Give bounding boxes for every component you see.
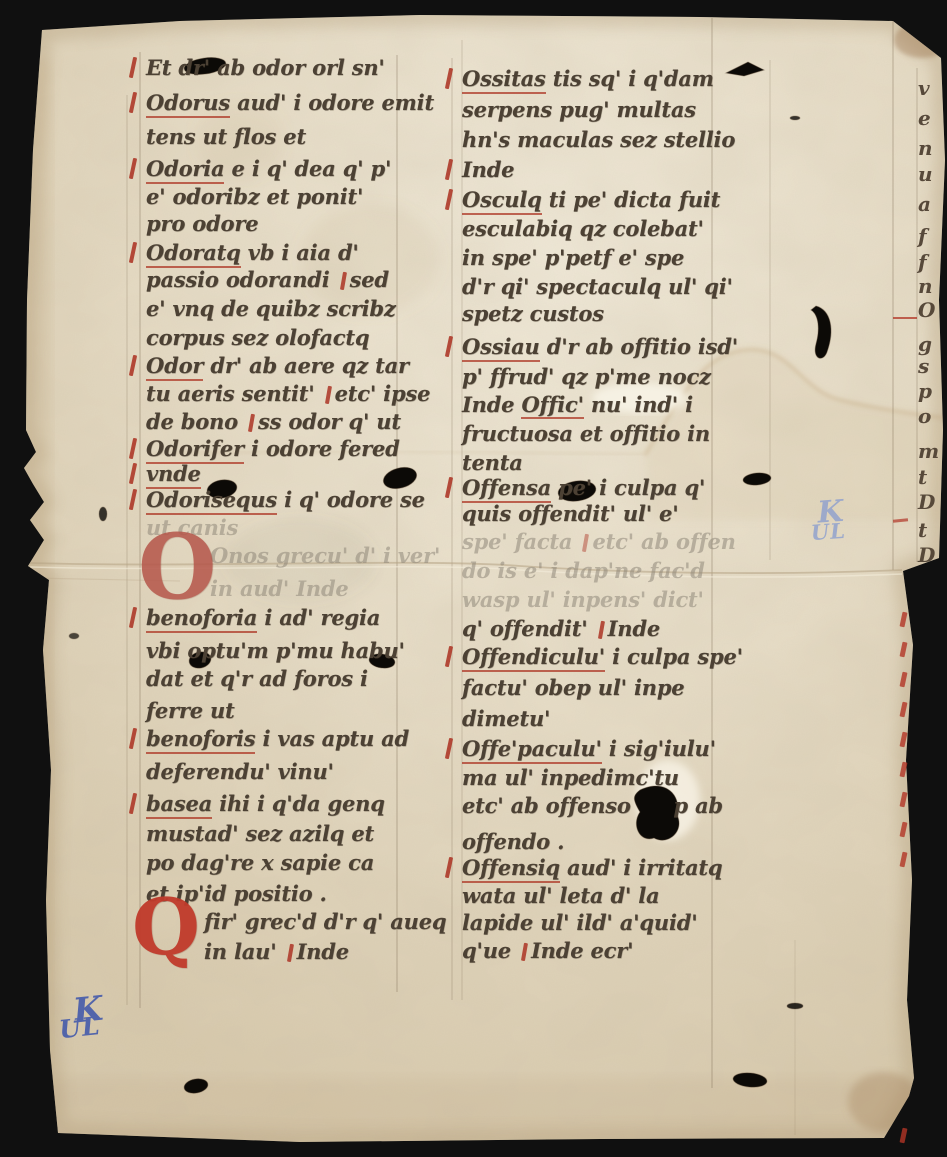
- rubric-paragraph-mark-edge: [899, 792, 907, 808]
- lemma-word: Offendiculu': [462, 644, 605, 672]
- clipped-edge-letter: g: [918, 334, 932, 354]
- manuscript-text-line: lapide ul' ild' a'quid': [462, 912, 697, 934]
- lemma-word: Odor: [146, 353, 203, 381]
- clipped-edge-letter: s: [918, 356, 929, 376]
- clipped-edge-letter: t: [918, 520, 927, 540]
- lemma-word: Odorisequs: [146, 487, 277, 515]
- manuscript-text-line: Inde: [462, 159, 514, 181]
- clipped-edge-letter: o: [918, 406, 931, 426]
- library-stamp-kul-right: K UL: [809, 497, 847, 543]
- rubric-paragraph-mark: [129, 438, 137, 459]
- lemma-word: Odoria: [146, 156, 224, 184]
- manuscript-text-line: Osculq ti pe' dicta fuit: [462, 189, 720, 211]
- rubric-paragraph-mark: [129, 607, 137, 628]
- manuscript-text-line: pro odore: [146, 213, 258, 235]
- manuscript-text-line: Offendiculu' i culpa spe': [462, 646, 743, 668]
- manuscript-text-line: benoforis i vas aptu ad: [146, 728, 409, 750]
- manuscript-text-line: dimetu': [462, 708, 550, 730]
- illuminated-initial-o: O: [138, 528, 216, 607]
- lemma-word: Odorus: [146, 90, 230, 118]
- rubric-paragraph-mark: [129, 793, 137, 814]
- lemma-word: basea: [146, 791, 212, 819]
- rubric-paragraph-mark: [445, 738, 453, 759]
- rubric-paragraph-mark: [129, 57, 137, 78]
- manuscript-text-line: e' odoribz et ponit': [146, 186, 363, 208]
- rubric-paragraph-mark: [129, 355, 137, 376]
- lemma-word: benoforis: [146, 726, 255, 754]
- manuscript-text-line: Inde Offic' nu' ind' i: [462, 394, 693, 416]
- rubric-stroke: [248, 414, 255, 432]
- manuscript-text-layer: Et dr' ab odor orl sn'Odorus aud' i odor…: [0, 0, 947, 1157]
- stamp-letters-ul: UL: [58, 1013, 106, 1043]
- lemma-word: Odorifer: [146, 436, 244, 464]
- lemma-word: Et dr': [146, 55, 210, 80]
- manuscript-text-line: tu aeris sentit' etc' ipse: [146, 383, 430, 405]
- clipped-edge-letter: u: [918, 164, 933, 184]
- rubric-underlined-word: Offic': [521, 392, 583, 419]
- rubric-underline-edge: [893, 317, 917, 319]
- manuscript-text-line: quis offendit' ul' e': [462, 503, 678, 525]
- rubric-paragraph-mark: [445, 646, 453, 667]
- manuscript-text-line: etc' ab offenso p ab: [462, 795, 723, 817]
- manuscript-text-line: Ossiau d'r ab offitio isd': [462, 336, 738, 358]
- clipped-edge-letter: D: [918, 545, 935, 565]
- manuscript-text-line: spetz custos: [462, 303, 604, 325]
- manuscript-text-line: serpens pug' multas: [462, 99, 696, 121]
- rubric-paragraph-mark-edge: [899, 852, 907, 868]
- clipped-edge-letter: n: [918, 276, 933, 296]
- clipped-edge-letter: D: [918, 492, 935, 512]
- rubric-stroke: [340, 272, 347, 290]
- stamp-letters-ul: UL: [810, 520, 846, 543]
- manuscript-text-line: q'ue Inde ecr': [462, 940, 633, 962]
- lemma-word: Offensiq: [462, 855, 560, 883]
- rubric-stroke: [521, 943, 528, 961]
- manuscript-text-line: po dag're x sapie ca: [146, 852, 374, 874]
- manuscript-text-line: passio odorandi sed: [146, 269, 389, 291]
- lemma-word: Ossitas: [462, 66, 546, 94]
- rubric-paragraph-mark: [445, 68, 453, 89]
- manuscript-text-line: dat et q'r ad foros i: [146, 668, 368, 690]
- manuscript-text-line: Odorus aud' i odore emit: [146, 92, 434, 114]
- rubric-paragraph-mark: [445, 159, 453, 180]
- lemma-word: Odoratq: [146, 240, 241, 268]
- manuscript-text-line: de bono ss odor q' ut: [146, 411, 401, 433]
- rubric-stroke: [598, 621, 605, 639]
- manuscript-text-line: Odorisequs i q' odore se: [146, 489, 425, 511]
- lemma-word: Offe'paculu': [462, 736, 602, 764]
- manuscript-text-line: Ossitas tis sq' i q'dam: [462, 68, 714, 90]
- manuscript-photo: Et dr' ab odor orl sn'Odorus aud' i odor…: [0, 0, 947, 1157]
- manuscript-text-line: do is e' i dap'ne fac'd: [462, 560, 705, 582]
- rubric-paragraph-mark: [129, 489, 137, 510]
- manuscript-text-line: tens ut flos et: [146, 126, 306, 148]
- clipped-edge-letter: v: [918, 78, 930, 98]
- rubric-paragraph-mark-edge: [899, 672, 907, 688]
- lemma-word: vnde: [146, 461, 201, 489]
- rubric-stroke: [325, 386, 332, 404]
- manuscript-text-line: wata ul' leta d' la: [462, 885, 659, 907]
- manuscript-text-line: corpus sez olofactq: [146, 327, 369, 349]
- manuscript-text-line: in aud' Inde: [210, 578, 349, 600]
- clipped-edge-letter: p: [918, 381, 932, 401]
- manuscript-text-line: fructuosa et offitio in: [462, 423, 710, 445]
- lemma-word: Osculq: [462, 187, 542, 215]
- clipped-edge-letter: n: [918, 138, 933, 158]
- manuscript-text-line: offendo .: [462, 831, 564, 853]
- rubric-paragraph-mark: [445, 477, 453, 498]
- manuscript-text-line: spe' facta etc' ab offen: [462, 531, 736, 553]
- manuscript-text-line: hn's maculas sez stellio: [462, 129, 735, 151]
- clipped-edge-letter: O: [918, 300, 935, 320]
- rubric-paragraph-mark: [445, 336, 453, 357]
- manuscript-text-line: in spe' p'petf e' spe: [462, 247, 684, 269]
- rubric-paragraph-mark-edge: [899, 642, 907, 658]
- manuscript-text-line: Odor dr' ab aere qz tar: [146, 355, 409, 377]
- rubric-paragraph-mark: [129, 92, 137, 113]
- manuscript-text-line: Offensa pe' i culpa q': [462, 477, 705, 499]
- clipped-edge-letter: f: [918, 226, 927, 246]
- clipped-edge-letter: m: [918, 441, 939, 461]
- rubric-stroke: [582, 534, 589, 552]
- manuscript-text-line: wasp ul' inpens' dict': [462, 589, 704, 611]
- manuscript-text-line: factu' obep ul' inpe: [462, 677, 684, 699]
- clipped-edge-letter: a: [918, 194, 931, 214]
- lemma-word: Ossiau: [462, 334, 540, 362]
- rubric-paragraph-mark: [445, 189, 453, 210]
- rubric-stroke: [287, 944, 294, 962]
- manuscript-text-line: Onos grecu' d' i ver': [210, 545, 440, 567]
- manuscript-text-line: ferre ut: [146, 700, 235, 722]
- clipped-edge-letter: f: [918, 252, 927, 272]
- rubric-paragraph-mark: [129, 242, 137, 263]
- illuminated-initial-q: Q: [132, 894, 200, 963]
- manuscript-text-line: Odoria e i q' dea q' p': [146, 158, 391, 180]
- rubric-paragraph-mark-edge: [899, 822, 907, 838]
- library-stamp-kul-bottom-left: K UL: [56, 992, 106, 1043]
- manuscript-text-line: esculabiq qz colebat': [462, 218, 704, 240]
- manuscript-text-line: basea ihi i q'da genq: [146, 793, 385, 815]
- manuscript-text-line: fir' grec'd d'r q' aueq: [204, 911, 446, 933]
- lemma-word: Inde: [462, 157, 514, 182]
- rubric-paragraph-mark-edge: [899, 762, 907, 778]
- clipped-edge-letter: e: [918, 108, 931, 128]
- manuscript-text-line: e' vnq de quibz scribz: [146, 298, 396, 320]
- manuscript-text-line: q' offendit' Inde: [462, 618, 660, 640]
- rubric-paragraph-mark: [445, 857, 453, 878]
- manuscript-text-line: Offensiq aud' i irritatq: [462, 857, 722, 879]
- manuscript-text-line: Odoratq vb i aia d': [146, 242, 359, 264]
- rubric-paragraph-mark-edge: [899, 732, 907, 748]
- rubric-paragraph-mark: [129, 158, 137, 179]
- manuscript-text-line: vbi optu'm p'mu habu': [146, 640, 405, 662]
- rubric-paragraph-mark: [129, 728, 137, 749]
- manuscript-text-line: d'r qi' spectaculq ul' qi': [462, 276, 733, 298]
- manuscript-text-line: Offe'paculu' i sig'iulu': [462, 738, 716, 760]
- manuscript-text-line: vnde: [146, 463, 201, 485]
- manuscript-text-line: Et dr' ab odor orl sn': [146, 57, 385, 79]
- manuscript-text-line: Odorifer i odore fered: [146, 438, 400, 460]
- lemma-word: Offensa: [462, 475, 551, 503]
- manuscript-text-line: deferendu' vinu': [146, 761, 334, 783]
- manuscript-text-line: ma ul' inpedimc'tu: [462, 767, 679, 789]
- manuscript-text-line: p' ffrud' qz p'me nocz: [462, 366, 711, 388]
- rubric-paragraph-mark: [129, 463, 137, 484]
- rubric-paragraph-mark-edge: [899, 702, 907, 718]
- clipped-edge-letter: t: [918, 467, 927, 487]
- manuscript-text-line: tenta: [462, 452, 523, 474]
- rubric-paragraph-mark-edge: [899, 612, 907, 628]
- rubric-paragraph-mark-edge: [899, 1128, 907, 1144]
- manuscript-text-line: mustad' sez azilq et: [146, 823, 374, 845]
- manuscript-text-line: in lau' Inde: [204, 941, 349, 963]
